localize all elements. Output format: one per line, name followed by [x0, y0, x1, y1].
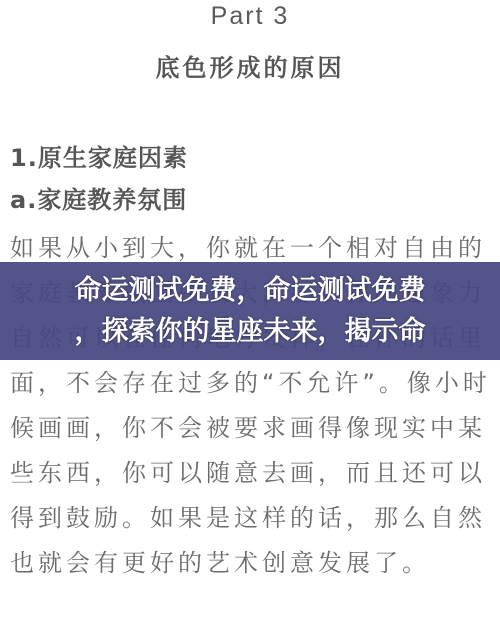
heading-family-factors: 1.原生家庭因素 — [10, 138, 188, 173]
paragraph-line: 面，不会存在过多的“不允许”。像小时 — [10, 361, 500, 406]
paragraph-line: 候画画，你不会被要求画得像现实中某 — [10, 406, 500, 451]
section-title: 底色形成的原因 — [0, 48, 500, 83]
paragraph-line: 些东西，你可以随意去画，而且还可以 — [10, 451, 500, 496]
article-image: Part 3 底色形成的原因 1.原生家庭因素 a.家庭教养氛围 如果从小到大，… — [0, 0, 500, 625]
paragraph-line: 也就会有更好的艺术创意发展了。 — [10, 541, 500, 586]
paragraph-line: 得到鼓励。如果是这样的话，那么自然 — [10, 496, 500, 541]
part-label: Part 3 — [0, 2, 500, 31]
banner-line-2: ，探索你的星座未来，揭示命 — [0, 311, 500, 352]
overlay-banner: 命运测试免费，命运测试免费 ，探索你的星座未来，揭示命 — [0, 262, 500, 360]
banner-line-1: 命运测试免费，命运测试免费 — [0, 270, 500, 311]
heading-family-atmosphere: a.家庭教养氛围 — [10, 180, 187, 215]
